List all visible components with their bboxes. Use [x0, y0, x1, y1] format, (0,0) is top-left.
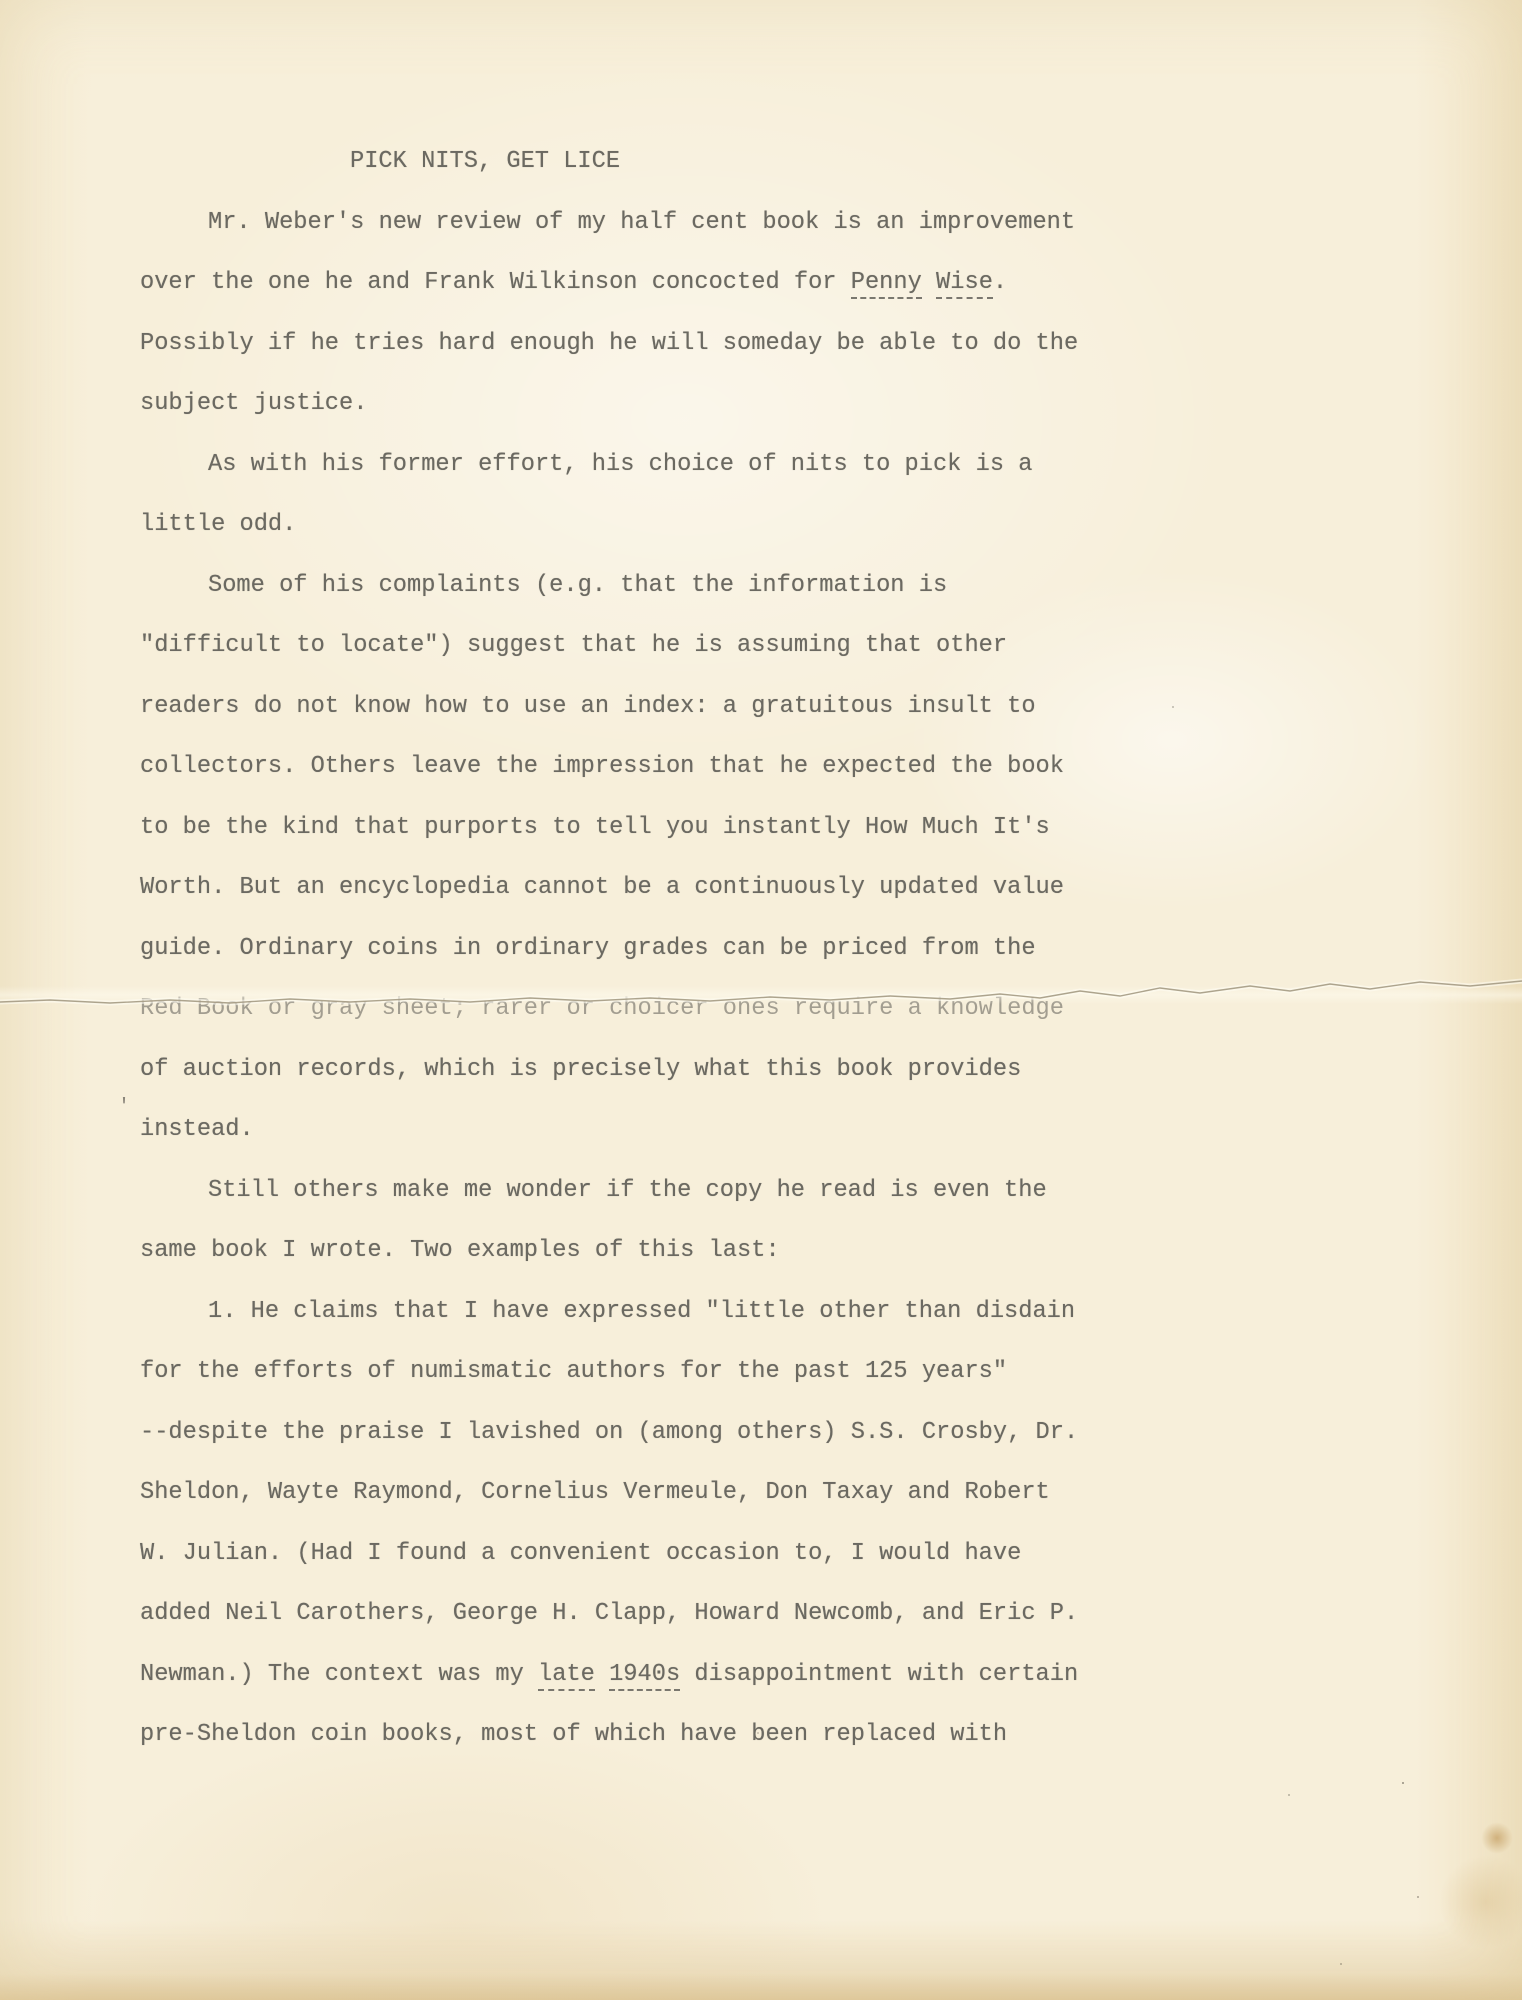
text-run: added Neil Carothers, George H. Clapp, H…	[140, 1600, 1078, 1627]
text-run: for the efforts of numismatic authors fo…	[140, 1358, 1007, 1385]
text-run	[922, 269, 936, 296]
document-line: added Neil Carothers, George H. Clapp, H…	[140, 1584, 1400, 1645]
text-run: --despite the praise I lavished on (amon…	[140, 1419, 1078, 1446]
document-line: W. Julian. (Had I found a convenient occ…	[140, 1524, 1400, 1585]
document-line: instead.	[140, 1100, 1400, 1161]
document-line: pre-Sheldon coin books, most of which ha…	[140, 1705, 1400, 1766]
text-run: .	[993, 269, 1007, 296]
text-run: 1. He claims that I have expressed "litt…	[208, 1298, 1075, 1325]
text-run: pre-Sheldon coin books, most of which ha…	[140, 1721, 1007, 1748]
document-line: Red Book or gray sheet; rarer or choicer…	[140, 979, 1400, 1040]
text-run: little odd.	[140, 511, 296, 538]
text-run: subject justice.	[140, 390, 367, 417]
document-line: readers do not know how to use an index:…	[140, 677, 1400, 738]
document-line: "difficult to locate") suggest that he i…	[140, 616, 1400, 677]
text-run: Worth. But an encyclopedia cannot be a c…	[140, 874, 1064, 901]
document-line: for the efforts of numismatic authors fo…	[140, 1342, 1400, 1403]
text-run: Newman.) The context was my	[140, 1661, 538, 1688]
document-line: of auction records, which is precisely w…	[140, 1040, 1400, 1101]
document-line: Still others make me wonder if the copy …	[140, 1161, 1400, 1222]
document-line: same book I wrote. Two examples of this …	[140, 1221, 1400, 1282]
document-line: to be the kind that purports to tell you…	[140, 798, 1400, 859]
text-run: same book I wrote. Two examples of this …	[140, 1237, 780, 1264]
text-run	[595, 1661, 609, 1688]
text-run: Still others make me wonder if the copy …	[208, 1177, 1047, 1204]
document-line: Possibly if he tries hard enough he will…	[140, 314, 1400, 375]
text-run: Possibly if he tries hard enough he will…	[140, 330, 1078, 357]
text-run: Sheldon, Wayte Raymond, Cornelius Vermeu…	[140, 1479, 1050, 1506]
scanned-document-page: PICK NITS, GET LICEMr. Weber's new revie…	[0, 0, 1522, 2000]
text-run: to be the kind that purports to tell you…	[140, 814, 1050, 841]
underlined-text: late	[538, 1661, 595, 1691]
text-run: "difficult to locate") suggest that he i…	[140, 632, 1007, 659]
document-line: Worth. But an encyclopedia cannot be a c…	[140, 858, 1400, 919]
typewritten-text: PICK NITS, GET LICEMr. Weber's new revie…	[140, 132, 1400, 1766]
document-line: 1. He claims that I have expressed "litt…	[140, 1282, 1400, 1343]
stray-ink-mark: '	[118, 1096, 130, 1119]
document-line: PICK NITS, GET LICE	[140, 132, 1400, 193]
text-run: of auction records, which is precisely w…	[140, 1056, 1021, 1083]
text-run: W. Julian. (Had I found a convenient occ…	[140, 1540, 1021, 1567]
text-run: collectors. Others leave the impression …	[140, 753, 1064, 780]
text-run: disappointment with certain	[680, 1661, 1078, 1688]
text-run: Mr. Weber's new review of my half cent b…	[208, 209, 1075, 236]
document-line: guide. Ordinary coins in ordinary grades…	[140, 919, 1400, 980]
text-run: guide. Ordinary coins in ordinary grades…	[140, 935, 1036, 962]
document-line: As with his former effort, his choice of…	[140, 435, 1400, 496]
text-run: PICK NITS, GET LICE	[350, 148, 620, 175]
document-line: little odd.	[140, 495, 1400, 556]
document-line: collectors. Others leave the impression …	[140, 737, 1400, 798]
underlined-text: Penny	[851, 269, 922, 299]
paper-bottom-edge	[0, 1974, 1522, 2000]
underlined-text: Wise	[936, 269, 993, 299]
paper-stains	[0, 0, 2, 2]
underlined-text: 1940s	[609, 1661, 680, 1691]
document-line: Mr. Weber's new review of my half cent b…	[140, 193, 1400, 254]
text-run: instead.	[140, 1116, 254, 1143]
text-run: readers do not know how to use an index:…	[140, 693, 1036, 720]
document-line: --despite the praise I lavished on (amon…	[140, 1403, 1400, 1464]
text-run: Red Book or gray sheet; rarer or choicer…	[140, 995, 1064, 1022]
document-line: over the one he and Frank Wilkinson conc…	[140, 253, 1400, 314]
document-line: Some of his complaints (e.g. that the in…	[140, 556, 1400, 617]
text-run: Some of his complaints (e.g. that the in…	[208, 572, 947, 599]
document-line: subject justice.	[140, 374, 1400, 435]
document-line: Newman.) The context was my late 1940s d…	[140, 1645, 1400, 1706]
text-run: over the one he and Frank Wilkinson conc…	[140, 269, 851, 296]
text-run: As with his former effort, his choice of…	[208, 451, 1032, 478]
document-line: Sheldon, Wayte Raymond, Cornelius Vermeu…	[140, 1463, 1400, 1524]
